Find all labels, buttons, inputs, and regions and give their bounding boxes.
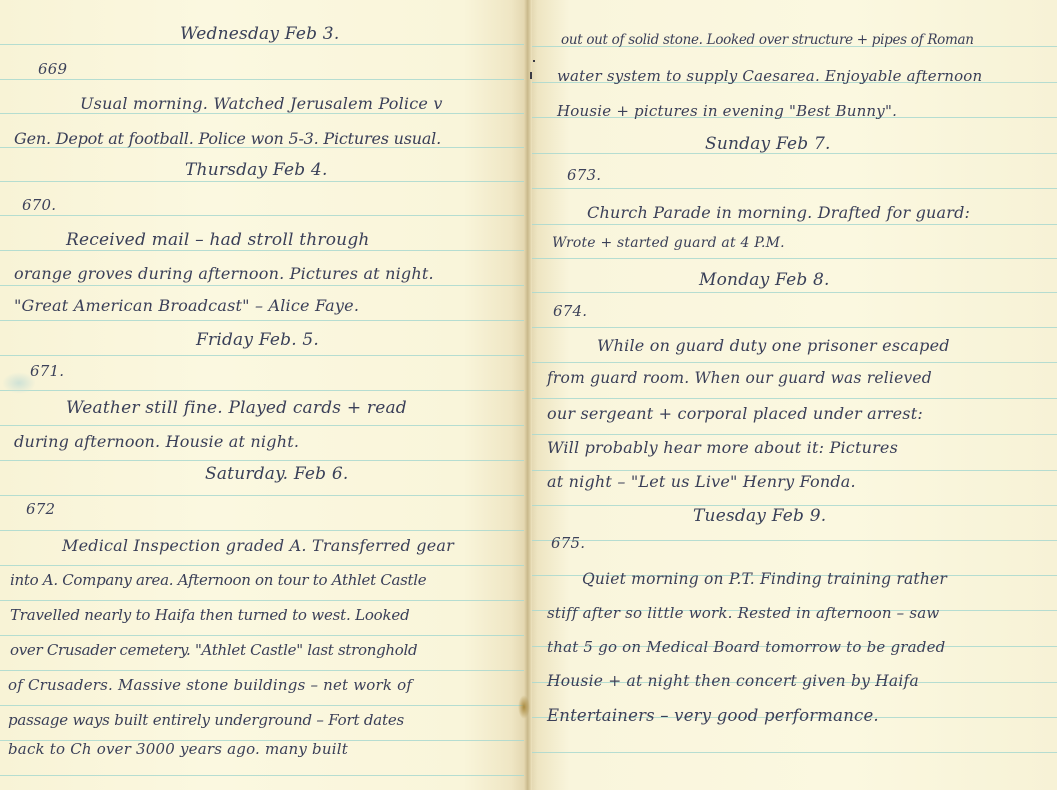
ruled-line: [0, 113, 527, 114]
date-heading: Tuesday Feb 9.: [693, 506, 826, 526]
ruled-line: [0, 705, 527, 706]
ruled-line: [0, 215, 527, 216]
diary-line: Travelled nearly to Haifa then turned to…: [10, 606, 409, 624]
diary-line: Usual morning. Watched Jerusalem Police …: [80, 94, 443, 113]
ruled-line: [0, 565, 527, 566]
date-heading: Wednesday Feb 3.: [180, 24, 339, 44]
ruled-line: [0, 320, 527, 321]
entry-number: 669: [38, 60, 67, 78]
ruled-line: [527, 362, 1057, 363]
diary-line: out out of solid stone. Looked over stru…: [561, 32, 974, 48]
diary-line: during afternoon. Housie at night.: [14, 432, 299, 451]
diary-line: Quiet morning on P.T. Finding training r…: [582, 570, 947, 588]
entry-number: 671.: [30, 362, 64, 380]
ruled-line: [0, 460, 527, 461]
ruled-line: [0, 250, 527, 251]
diary-line: from guard room. When our guard was reli…: [547, 369, 932, 387]
binding-stain: [518, 695, 530, 719]
entry-number: 674.: [553, 302, 587, 320]
diary-line: Medical Inspection graded A. Transferred…: [62, 536, 454, 555]
diary-line: Housie + pictures in evening "Best Bunny…: [557, 102, 897, 120]
diary-line: into A. Company area. Afternoon on tour …: [10, 571, 426, 589]
ruled-line: [0, 495, 527, 496]
ruled-line: [527, 540, 1057, 541]
diary-line: Gen. Depot at football. Police won 5-3. …: [14, 129, 441, 148]
diary-line: at night – "Let us Live" Henry Fonda.: [547, 472, 856, 491]
ruled-line: [527, 258, 1057, 259]
ruled-line: [0, 285, 527, 286]
ruled-line: [0, 670, 527, 671]
ruled-line: [527, 327, 1057, 328]
ink-mark: [530, 72, 532, 79]
date-heading: Saturday. Feb 6.: [205, 464, 349, 484]
ruled-line: [527, 224, 1057, 225]
book-spine-gutter: [524, 0, 532, 790]
diary-line: Housie + at night then concert given by …: [547, 672, 919, 690]
diary-line: of Crusaders. Massive stone buildings – …: [8, 676, 412, 694]
diary-line: Will probably hear more about it: Pictur…: [547, 438, 898, 457]
diary-line: Church Parade in morning. Drafted for gu…: [587, 203, 970, 222]
diary-line: stiff after so little work. Rested in af…: [547, 604, 939, 622]
right-page: out out of solid stone. Looked over stru…: [527, 0, 1057, 790]
diary-line: Received mail – had stroll through: [66, 230, 370, 250]
diary-line: over Crusader cemetery. "Athlet Castle" …: [10, 641, 417, 659]
ruled-line: [0, 635, 527, 636]
date-heading: Sunday Feb 7.: [705, 134, 831, 154]
ruled-line: [527, 752, 1057, 753]
diary-line: water system to supply Caesarea. Enjoyab…: [557, 67, 982, 85]
ruled-line: [527, 470, 1057, 471]
diary-line: "Great American Broadcast" – Alice Faye.: [14, 296, 359, 315]
ruled-line: [0, 355, 527, 356]
diary-line: Weather still fine. Played cards + read: [66, 398, 407, 418]
ink-dot: [533, 60, 535, 62]
diary-line: Entertainers – very good performance.: [547, 706, 879, 725]
ruled-line: [527, 292, 1057, 293]
date-heading: Thursday Feb 4.: [185, 160, 328, 180]
date-heading: Monday Feb 8.: [699, 270, 830, 290]
ruled-line: [0, 44, 527, 45]
ruled-line: [0, 79, 527, 80]
diary-spread: Wednesday Feb 3. 669 Usual morning. Watc…: [0, 0, 1057, 790]
diary-line: Wrote + started guard at 4 P.M.: [552, 235, 785, 251]
diary-line: While on guard duty one prisoner escaped: [597, 336, 950, 355]
ruled-line: [527, 434, 1057, 435]
date-heading: Friday Feb. 5.: [196, 330, 319, 350]
ruled-line: [0, 390, 527, 391]
diary-line: our sergeant + corporal placed under arr…: [547, 404, 923, 423]
entry-number: 670.: [22, 196, 56, 214]
ruled-line: [0, 530, 527, 531]
ruled-line: [0, 775, 527, 776]
ruled-line: [0, 600, 527, 601]
entry-number: 672: [26, 500, 55, 518]
left-page: Wednesday Feb 3. 669 Usual morning. Watc…: [0, 0, 527, 790]
entry-number: 675.: [551, 534, 585, 552]
ruled-line: [527, 398, 1057, 399]
diary-line: back to Ch over 3000 years ago. many bui…: [8, 740, 348, 758]
diary-line: orange groves during afternoon. Pictures…: [14, 264, 434, 283]
ruled-line: [527, 188, 1057, 189]
diary-line: that 5 go on Medical Board tomorrow to b…: [547, 638, 945, 656]
ruled-line: [0, 425, 527, 426]
entry-number: 673.: [567, 166, 601, 184]
diary-line: passage ways built entirely underground …: [8, 711, 404, 729]
ruled-line: [0, 181, 527, 182]
